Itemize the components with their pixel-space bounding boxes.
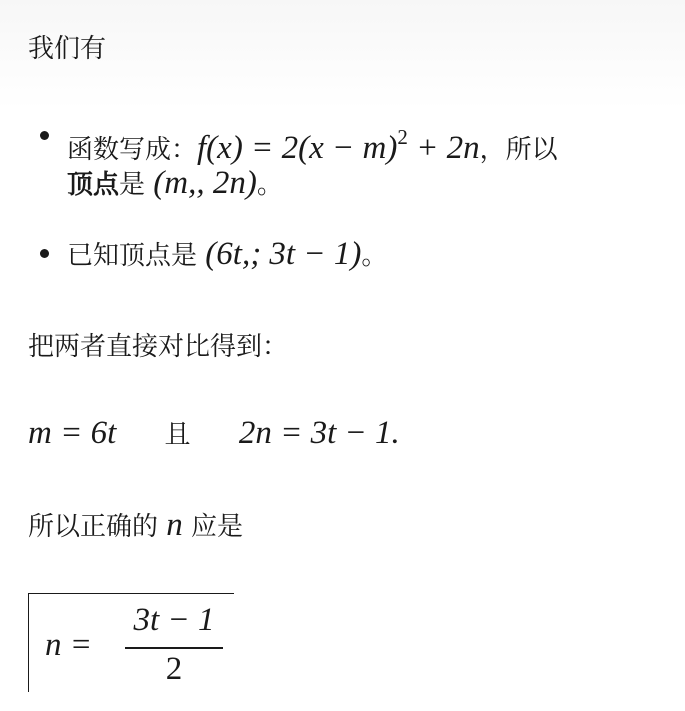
vertex-bold: 顶点 [67,170,119,200]
conclusion-prefix: 所以正确的 [28,512,158,542]
answer-lhs: n = [45,627,92,664]
vertex-formula: (m,, 2n) [153,165,257,201]
bullet-1-line2-text: 是 [119,170,145,200]
conclusion-suffix: 应是 [191,512,243,542]
bullet-1-line-2: 顶点是 (m,, 2n)。 [67,166,283,202]
bullet-2-suffix: 。 [361,241,387,271]
fraction-denominator: 2 [125,651,223,688]
bullet-1-prefix: 函数写成： [67,135,197,165]
boxed-answer: n = 3t − 1 2 [28,593,234,692]
bullet-2-formula: (6t,; 3t − 1) [205,236,361,272]
bullet-1-formula-tail: + 2n [408,130,480,166]
intro-text: 我们有 [28,32,106,66]
fraction-numerator: 3t − 1 [125,602,223,639]
bullet-1-suffix: ，所以 [480,135,558,165]
equation-conj: 且 [165,420,191,450]
fraction-bar [125,647,223,649]
conclusion-var: n [166,507,183,543]
bullet-1-line-1: 函数写成：f(x) = 2(x − m)2 + 2n，所以 [67,120,558,167]
bullet-2: 已知顶点是 (6t,; 3t − 1)。 [67,237,387,273]
bullet-1-formula: f(x) = 2(x − m) [197,130,397,166]
compare-text: 把两者直接对比得到： [28,330,288,364]
equation-right: 2n = 3t − 1. [239,415,400,451]
conclusion-text: 所以正确的 n 应是 [28,508,243,544]
bullet-1-exponent: 2 [397,125,408,149]
bullet-dot [40,249,49,258]
bullet-2-prefix: 已知顶点是 [67,241,197,271]
equation-left: m = 6t [28,415,116,451]
bullet-1-end: 。 [257,170,283,200]
bullet-dot [40,131,49,140]
equation-line: m = 6t 且 2n = 3t − 1. [28,416,400,452]
